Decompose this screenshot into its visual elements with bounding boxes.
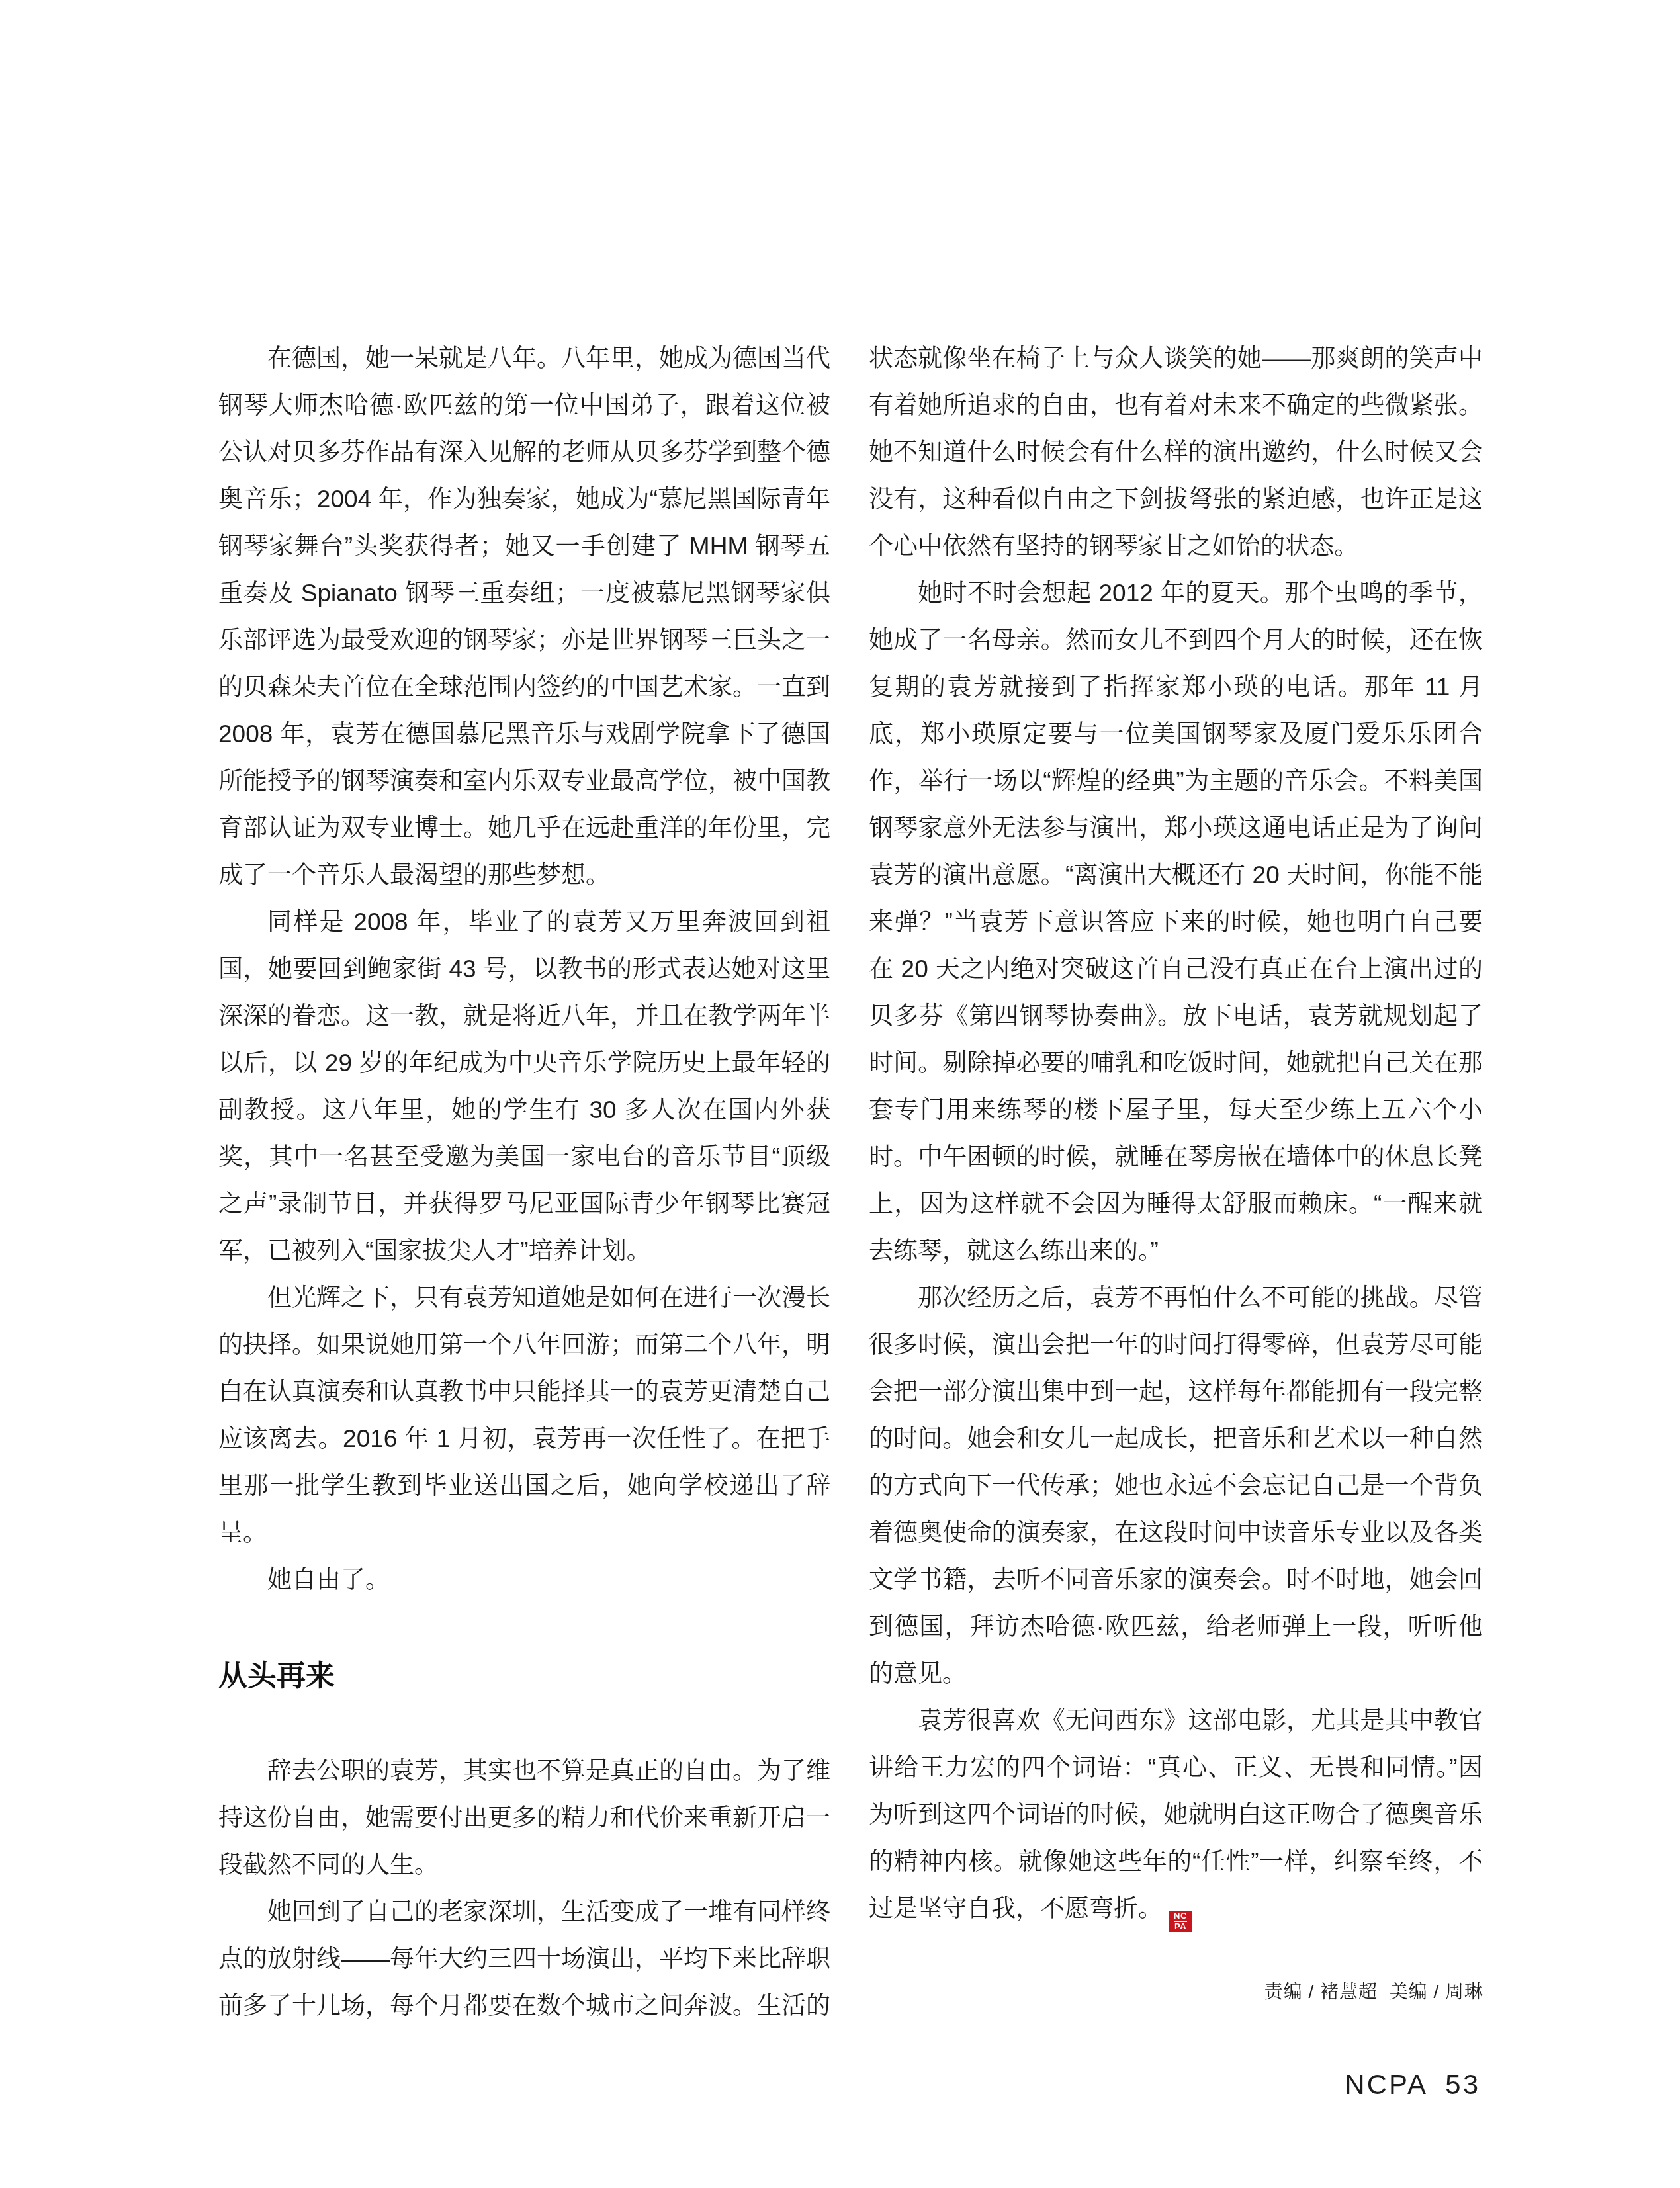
page-number: NCPA 53 [1345, 2070, 1480, 2100]
magazine-page: 在德国，她一呆就是八年。八年里，她成为德国当代钢琴大师杰哈德·欧匹兹的第一位中国… [0, 0, 1680, 2188]
paragraph: 她回到了自己的老家深圳，生活变成了一堆有同样终点的放射线——每年大约三四十场演出… [218, 1888, 830, 2029]
paragraph-text: 袁芳很喜欢《无问西东》这部电影，尤其是其中教官讲给王力宏的四个词语：“真心、正义… [869, 1707, 1483, 1922]
ncpa-logo-text-bottom: PA [1174, 1922, 1186, 1931]
paragraph: 同样是 2008 年，毕业了的袁芳又万里奔波回到祖国，她要回到鲍家街 43 号，… [218, 898, 830, 1274]
paragraph: 但光辉之下，只有袁芳知道她是如何在进行一次漫长的抉择。如果说她用第一个八年回游；… [218, 1274, 830, 1556]
section-heading: 从头再来 [218, 1660, 830, 1693]
left-column: 在德国，她一呆就是八年。八年里，她成为德国当代钢琴大师杰哈德·欧匹兹的第一位中国… [218, 335, 830, 2029]
paragraph: 辞去公职的袁芳，其实也不算是真正的自由。为了维持这份自由，她需要付出更多的精力和… [218, 1747, 830, 1888]
paragraph: 她时不时会想起 2012 年的夏天。那个虫鸣的季节，她成了一名母亲。然而女儿不到… [869, 570, 1483, 1274]
paragraph: 在德国，她一呆就是八年。八年里，她成为德国当代钢琴大师杰哈德·欧匹兹的第一位中国… [218, 335, 830, 898]
paragraph: 状态就像坐在椅子上与众人谈笑的她——那爽朗的笑声中有着她所追求的自由，也有着对未… [869, 335, 1483, 570]
paragraph: 她自由了。 [218, 1556, 830, 1603]
editor-credits: 责编 / 褚慧超 美编 / 周琳 [1264, 1981, 1483, 2003]
paragraph: 那次经历之后，袁芳不再怕什么不可能的挑战。尽管很多时候，演出会把一年的时间打得零… [869, 1274, 1483, 1697]
paragraph: 袁芳很喜欢《无问西东》这部电影，尤其是其中教官讲给王力宏的四个词语：“真心、正义… [869, 1697, 1483, 1932]
ncpa-logo-text-top: NC [1174, 1911, 1187, 1922]
ncpa-logo: NCPA [1169, 1911, 1192, 1932]
right-column: 状态就像坐在椅子上与众人谈笑的她——那爽朗的笑声中有着她所追求的自由，也有着对未… [869, 335, 1483, 1932]
